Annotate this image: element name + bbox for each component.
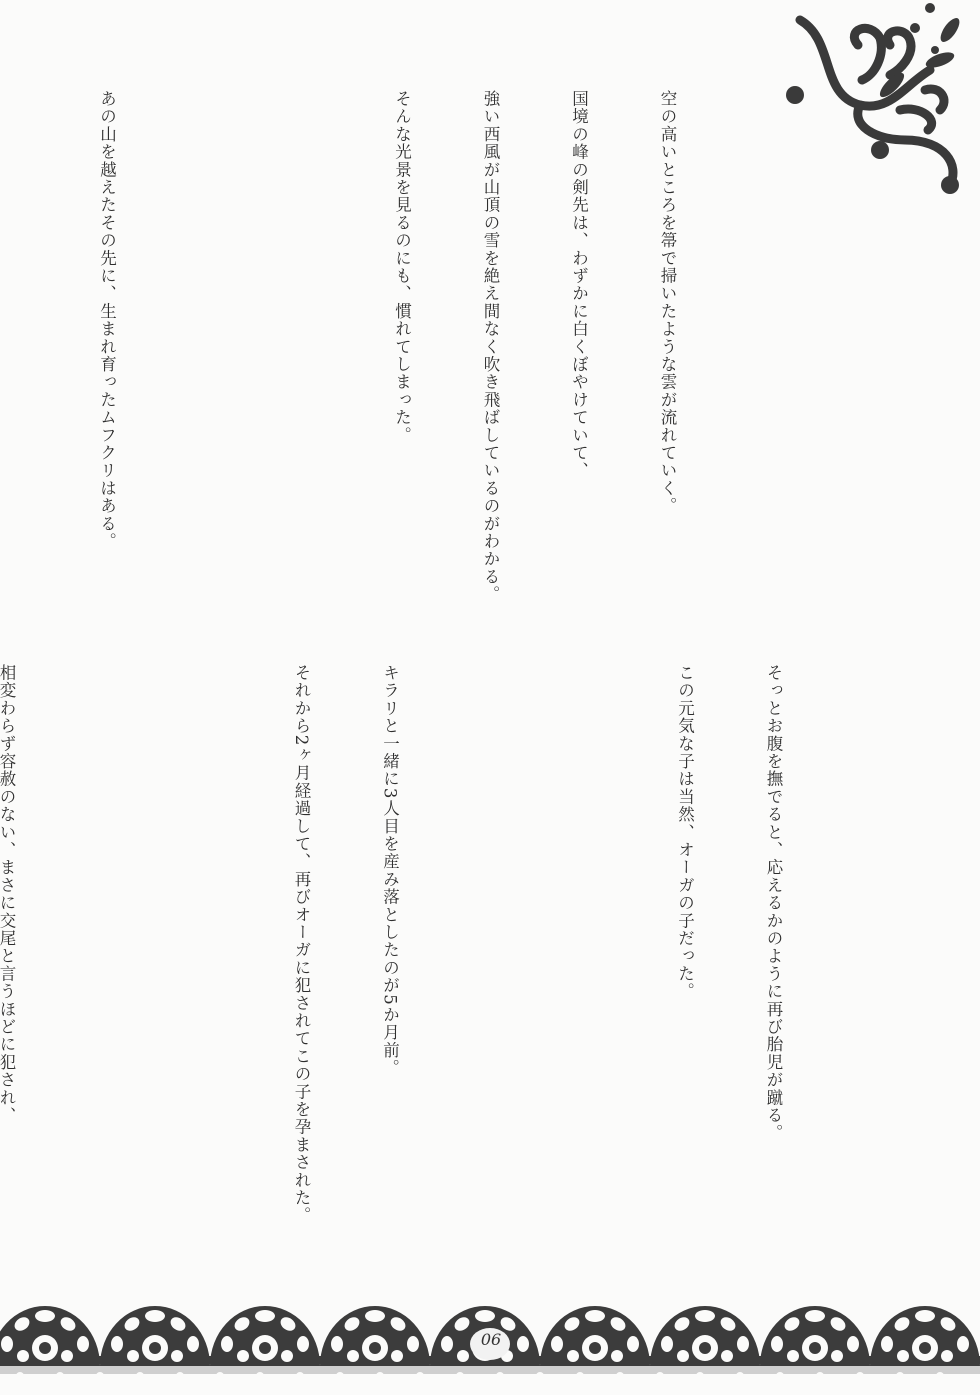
text-line: それから2ヶ月経過して、再びオーガに犯されてこの子を孕まされた。 — [287, 664, 317, 1264]
text-line: そっとお腹を撫でると、応えるかのように再び胎児が蹴る。 — [759, 664, 789, 1264]
text-line: キラリと一緒に3人目を産み落としたのが5か月前。 — [375, 664, 405, 1264]
text-line: この元気な子は当然、オーガの子だった。 — [670, 664, 700, 1264]
page-number: 06 — [470, 1330, 512, 1349]
paragraph: 空の高いところを箒で掃いたような雲が流れていく。 国境の峰の剣先は、わずかに白く… — [328, 90, 741, 650]
paragraph: 相変わらず容赦のない、まさに交尾と言うほどに犯され、 濃厚なザーメンをたっぷり、… — [0, 664, 80, 1264]
top-text-block: 空の高いところを箒で掃いたような雲が流れていく。 国境の峰の剣先は、わずかに白く… — [0, 90, 800, 650]
book-page: 空の高いところを箒で掃いたような雲が流れていく。 国境の峰の剣先は、わずかに白く… — [0, 0, 980, 1395]
text-line: 空の高いところを箒で掃いたような雲が流れていく。 — [653, 90, 683, 650]
text-line: 相変わらず容赦のない、まさに交尾と言うほどに犯され、 — [0, 664, 21, 1264]
text-line: 強い西風が山頂の雪を絶え間なく吹き飛ばしているのがわかる。 — [476, 90, 506, 650]
paragraph-gap — [240, 90, 270, 650]
paragraph: あの山を越えたその先に、生まれ育ったムフクリはある。 — [33, 90, 181, 650]
text-line: 国境の峰の剣先は、わずかに白くぼやけていて、 — [564, 90, 594, 650]
text-line: あの山を越えたその先に、生まれ育ったムフクリはある。 — [92, 90, 122, 650]
corner-swirl-ornament-icon — [780, 0, 980, 200]
text-line: そんな光景を見るのにも、慣れてしまった。 — [387, 90, 417, 650]
paragraph-gap — [523, 664, 553, 1264]
paragraph-gap — [139, 664, 169, 1264]
bottom-text-block: そっとお腹を撫でると、応えるかのように再び胎児が蹴る。 この元気な子は当然、オー… — [0, 664, 906, 1264]
paragraph: キラリと一緒に3人目を産み落としたのが5か月前。 それから2ヶ月経過して、再びオ… — [228, 664, 464, 1264]
paragraph: そっとお腹を撫でると、応えるかのように再び胎児が蹴る。 この元気な子は当然、オー… — [611, 664, 847, 1264]
